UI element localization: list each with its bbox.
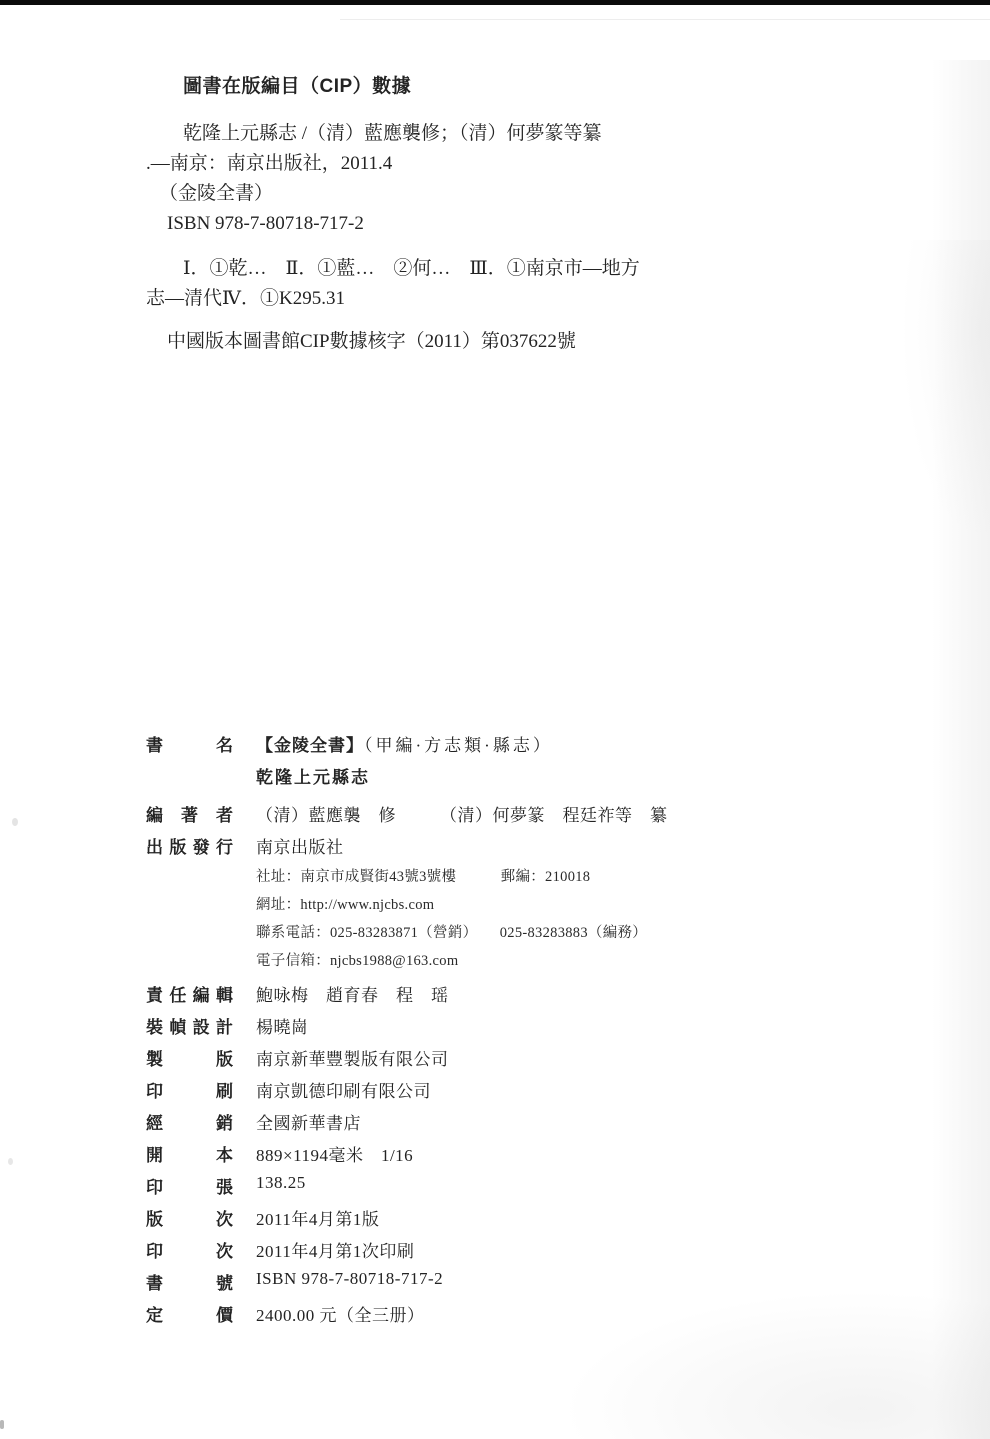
publisher-email: 電子信箱：njcbs1988@163.com <box>256 949 458 977</box>
row-label: 出版發行 <box>146 833 234 858</box>
cip-heading: 圖書在版編目（CIP）數據 <box>183 72 746 102</box>
cip-classification-line-1: Ⅰ．①乾… Ⅱ．①藍… ②何… Ⅲ．①南京市—地方 <box>183 254 746 284</box>
row-label: 印 刷 <box>146 1077 234 1102</box>
scan-edge-top-bar <box>0 0 990 5</box>
cip-publisher-line: .—南京：南京出版社，2011.4 <box>146 149 746 179</box>
scan-artifact-right-blotch <box>900 240 990 540</box>
cip-record-number-line: 中國版本圖書館CIP數據核字（2011）第037622號 <box>167 327 746 357</box>
row-label: 編 著 者 <box>146 801 234 826</box>
scan-speck <box>0 1420 4 1429</box>
row-label: 書 號 <box>146 1269 234 1294</box>
publisher-email-row: 電子信箱：njcbs1988@163.com <box>146 949 826 977</box>
row-value: 楊曉崗 <box>256 1013 309 1038</box>
colophon-row-printing: 印 刷 南京凱德印刷有限公司 <box>146 1077 826 1109</box>
scan-speck <box>12 818 18 826</box>
colophon-row-authors: 編 著 者 （清）藍應襲 修 （清）何夢篆 程廷祚等 纂 <box>146 801 826 833</box>
row-value: （清）藍應襲 修 （清）何夢篆 程廷祚等 纂 <box>256 801 668 826</box>
row-label: 經 銷 <box>146 1109 234 1134</box>
colophon-row-format: 開 本 889×1194毫米 1/16 <box>146 1141 826 1173</box>
row-value: 138.25 <box>256 1173 306 1193</box>
row-value: 2400.00 元（全三册） <box>256 1301 425 1326</box>
row-value: 889×1194毫米 1/16 <box>256 1141 413 1166</box>
colophon-row-designer: 裝幀設計 楊曉崗 <box>146 1013 826 1045</box>
row-value: 南京新華豐製版有限公司 <box>256 1045 449 1070</box>
scan-artifact-line <box>340 19 990 20</box>
row-value: 2011年4月第1版 <box>256 1205 379 1230</box>
colophon-row-impression: 印 次 2011年4月第1次印刷 <box>146 1237 826 1269</box>
scan-speck <box>8 1158 13 1165</box>
cip-classification-line-2: 志—清代Ⅳ．①K295.31 <box>146 284 746 314</box>
book-series-category: （甲編·方志類·縣志） <box>364 736 553 755</box>
cip-series-line: （金陵全書） <box>159 179 746 209</box>
row-label: 裝幀設計 <box>146 1013 234 1038</box>
row-label: 定 價 <box>146 1301 234 1326</box>
row-label: 開 本 <box>146 1141 234 1166</box>
row-value: 南京出版社 <box>256 833 344 858</box>
row-label: 製 版 <box>146 1045 234 1070</box>
colophon-row-edition: 版 次 2011年4月第1版 <box>146 1205 826 1237</box>
row-label: 印 次 <box>146 1237 234 1262</box>
cip-entry-line: 乾隆上元縣志 /（清）藍應襲修；（清）何夢篆等纂 <box>183 119 746 149</box>
row-value: 全國新華書店 <box>256 1109 361 1134</box>
publisher-address: 社址：南京市成賢街43號3號樓 郵編：210018 <box>256 865 590 893</box>
cip-data-section: 圖書在版編目（CIP）數據 乾隆上元縣志 /（清）藍應襲修；（清）何夢篆等纂 .… <box>146 72 746 357</box>
book-name-value: 【金陵全書】（甲編·方志類·縣志） 乾隆上元縣志 <box>256 731 553 788</box>
book-title: 乾隆上元縣志 <box>256 763 553 788</box>
row-value: 鮑咏梅 趙育春 程 瑶 <box>256 981 449 1006</box>
colophon-row-distribution: 經 銷 全國新華書店 <box>146 1109 826 1141</box>
publisher-address-row: 社址：南京市成賢街43號3號樓 郵編：210018 <box>146 865 826 893</box>
row-value: 2011年4月第1次印刷 <box>256 1237 414 1262</box>
row-value: ISBN 978-7-80718-717-2 <box>256 1269 443 1289</box>
colophon-row-isbn: 書 號 ISBN 978-7-80718-717-2 <box>146 1269 826 1301</box>
publisher-phone: 聯系電話：025-83283871（營銷） 025-83283883（編務） <box>256 921 647 949</box>
publisher-website-row: 網址：http://www.njcbs.com <box>146 893 826 921</box>
colophon-row-sheets: 印 張 138.25 <box>146 1173 826 1205</box>
row-value: 南京凱德印刷有限公司 <box>256 1077 431 1102</box>
row-label: 版 次 <box>146 1205 234 1230</box>
publisher-website: 網址：http://www.njcbs.com <box>256 893 434 921</box>
colophon-section: 書 名 【金陵全書】（甲編·方志類·縣志） 乾隆上元縣志 編 著 者 （清）藍應… <box>146 731 826 1333</box>
colophon-row-price: 定 價 2400.00 元（全三册） <box>146 1301 826 1333</box>
colophon-row-book-name: 書 名 【金陵全書】（甲編·方志類·縣志） 乾隆上元縣志 <box>146 731 826 801</box>
book-copyright-page: 圖書在版編目（CIP）數據 乾隆上元縣志 /（清）藍應襲修；（清）何夢篆等纂 .… <box>0 0 990 1439</box>
row-label: 書 名 <box>146 731 234 756</box>
row-label: 責任編輯 <box>146 981 234 1006</box>
cip-isbn-line: ISBN 978-7-80718-717-2 <box>167 209 746 239</box>
colophon-row-publisher: 出版發行 南京出版社 <box>146 833 826 865</box>
publisher-phone-row: 聯系電話：025-83283871（營銷） 025-83283883（編務） <box>146 921 826 949</box>
colophon-row-platemaking: 製 版 南京新華豐製版有限公司 <box>146 1045 826 1077</box>
book-series-name: 【金陵全書】 <box>256 736 364 755</box>
row-label: 印 張 <box>146 1173 234 1198</box>
colophon-row-editors: 責任編輯 鮑咏梅 趙育春 程 瑶 <box>146 981 826 1013</box>
